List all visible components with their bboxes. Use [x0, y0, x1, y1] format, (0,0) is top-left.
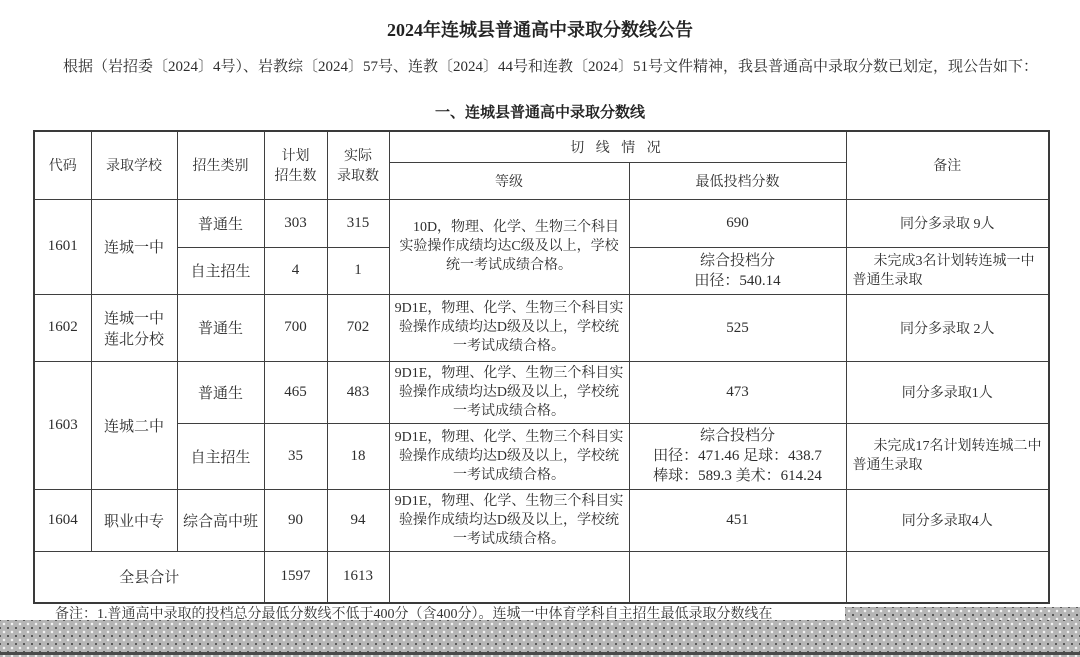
header-remark: 备注	[846, 131, 1049, 199]
cell-code: 1602	[34, 294, 91, 361]
cell-category: 普通生	[177, 199, 264, 247]
cell-min-score: 473	[629, 361, 846, 423]
cell-planned: 700	[264, 294, 327, 361]
header-code: 代码	[34, 131, 91, 199]
cell-actual: 315	[327, 199, 389, 247]
cell-planned: 303	[264, 199, 327, 247]
table-row: 1604 职业中专 综合高中班 90 94 9D1E，物理、化学、生物三个科目实…	[34, 489, 1049, 551]
cell-school: 连城一中 莲北分校	[91, 294, 177, 361]
cell-remark: 同分多录取4人	[846, 489, 1049, 551]
cell-code: 1601	[34, 199, 91, 294]
cell-min-score: 690	[629, 199, 846, 247]
cell-planned: 4	[264, 247, 327, 294]
intro-paragraph: 根据（岩招委〔2024〕4号）、岩教综〔2024〕57号、连教〔2024〕44号…	[33, 57, 1048, 78]
table-total-row: 全县合计 1597 1613	[34, 551, 1049, 603]
header-school: 录取学校	[91, 131, 177, 199]
table-row: 自主招生 35 18 9D1E，物理、化学、生物三个科目实验操作成绩均达D级及以…	[34, 423, 1049, 489]
cell-planned: 90	[264, 489, 327, 551]
header-actual: 实际 录取数	[327, 131, 389, 199]
cell-grade: 10D，物理、化学、生物三个科目实验操作成绩均达C级及以上，学校统一考试成绩合格…	[389, 199, 629, 294]
cell-min-score: 525	[629, 294, 846, 361]
cell-min-score: 综合投档分 田径：471.46 足球：438.7 棒球：589.3 美术：614…	[629, 423, 846, 489]
table-row: 1601 连城一中 普通生 303 315 10D，物理、化学、生物三个科目实验…	[34, 199, 1049, 247]
cell-remark: 未完成17名计划转连城二中普通生录取	[846, 423, 1049, 489]
cell-code: 1603	[34, 361, 91, 489]
page-title: 2024年连城县普通高中录取分数线公告	[0, 16, 1080, 42]
cell-grade: 9D1E，物理、化学、生物三个科目实验操作成绩均达D级及以上，学校统一考试成绩合…	[389, 489, 629, 551]
cell-school: 连城二中	[91, 361, 177, 489]
cell-category: 普通生	[177, 294, 264, 361]
cell-total-actual: 1613	[327, 551, 389, 603]
cell-total-planned: 1597	[264, 551, 327, 603]
header-min-score: 最低投档分数	[629, 162, 846, 199]
cell-category: 普通生	[177, 361, 264, 423]
header-category: 招生类别	[177, 131, 264, 199]
cell-total-label: 全县合计	[34, 551, 264, 603]
cell-code: 1604	[34, 489, 91, 551]
table-row: 1603 连城二中 普通生 465 483 9D1E，物理、化学、生物三个科目实…	[34, 361, 1049, 423]
table-header-row-1: 代码 录取学校 招生类别 计划 招生数 实际 录取数 切 线 情 况 备注	[34, 131, 1049, 162]
admission-score-table: 代码 录取学校 招生类别 计划 招生数 实际 录取数 切 线 情 况 备注 等级…	[33, 130, 1050, 604]
cell-grade: 9D1E，物理、化学、生物三个科目实验操作成绩均达D级及以上，学校统一考试成绩合…	[389, 361, 629, 423]
cell-grade: 9D1E，物理、化学、生物三个科目实验操作成绩均达D级及以上，学校统一考试成绩合…	[389, 423, 629, 489]
cell-actual: 702	[327, 294, 389, 361]
cell-actual: 483	[327, 361, 389, 423]
cell-category: 自主招生	[177, 423, 264, 489]
cell-school: 职业中专	[91, 489, 177, 551]
cell-category: 自主招生	[177, 247, 264, 294]
cell-actual: 1	[327, 247, 389, 294]
cell-min-score: 451	[629, 489, 846, 551]
header-cutline: 切 线 情 况	[389, 131, 846, 162]
page-bottom-edge	[0, 652, 1080, 655]
cell-actual: 94	[327, 489, 389, 551]
cell-min-score: 综合投档分 田径：540.14	[629, 247, 846, 294]
header-planned: 计划 招生数	[264, 131, 327, 199]
table-row: 1602 连城一中 莲北分校 普通生 700 702 9D1E，物理、化学、生物…	[34, 294, 1049, 361]
cell-remark-empty	[846, 551, 1049, 603]
cell-min-score-empty	[629, 551, 846, 603]
cell-remark: 同分多录取 2人	[846, 294, 1049, 361]
cell-grade-empty	[389, 551, 629, 603]
cell-planned: 35	[264, 423, 327, 489]
header-grade: 等级	[389, 162, 629, 199]
cell-category: 综合高中班	[177, 489, 264, 551]
cell-grade: 9D1E，物理、化学、生物三个科目实验操作成绩均达D级及以上，学校统一考试成绩合…	[389, 294, 629, 361]
cell-remark: 同分多录取 9人	[846, 199, 1049, 247]
cell-actual: 18	[327, 423, 389, 489]
cell-planned: 465	[264, 361, 327, 423]
cell-remark: 未完成3名计划转连城一中普通生录取	[846, 247, 1049, 294]
cell-remark: 同分多录取1人	[846, 361, 1049, 423]
notice-document: 2024年连城县普通高中录取分数线公告 根据（岩招委〔2024〕4号）、岩教综〔…	[0, 0, 1080, 657]
section-heading: 一、连城县普通高中录取分数线	[0, 101, 1080, 122]
cell-school: 连城一中	[91, 199, 177, 294]
